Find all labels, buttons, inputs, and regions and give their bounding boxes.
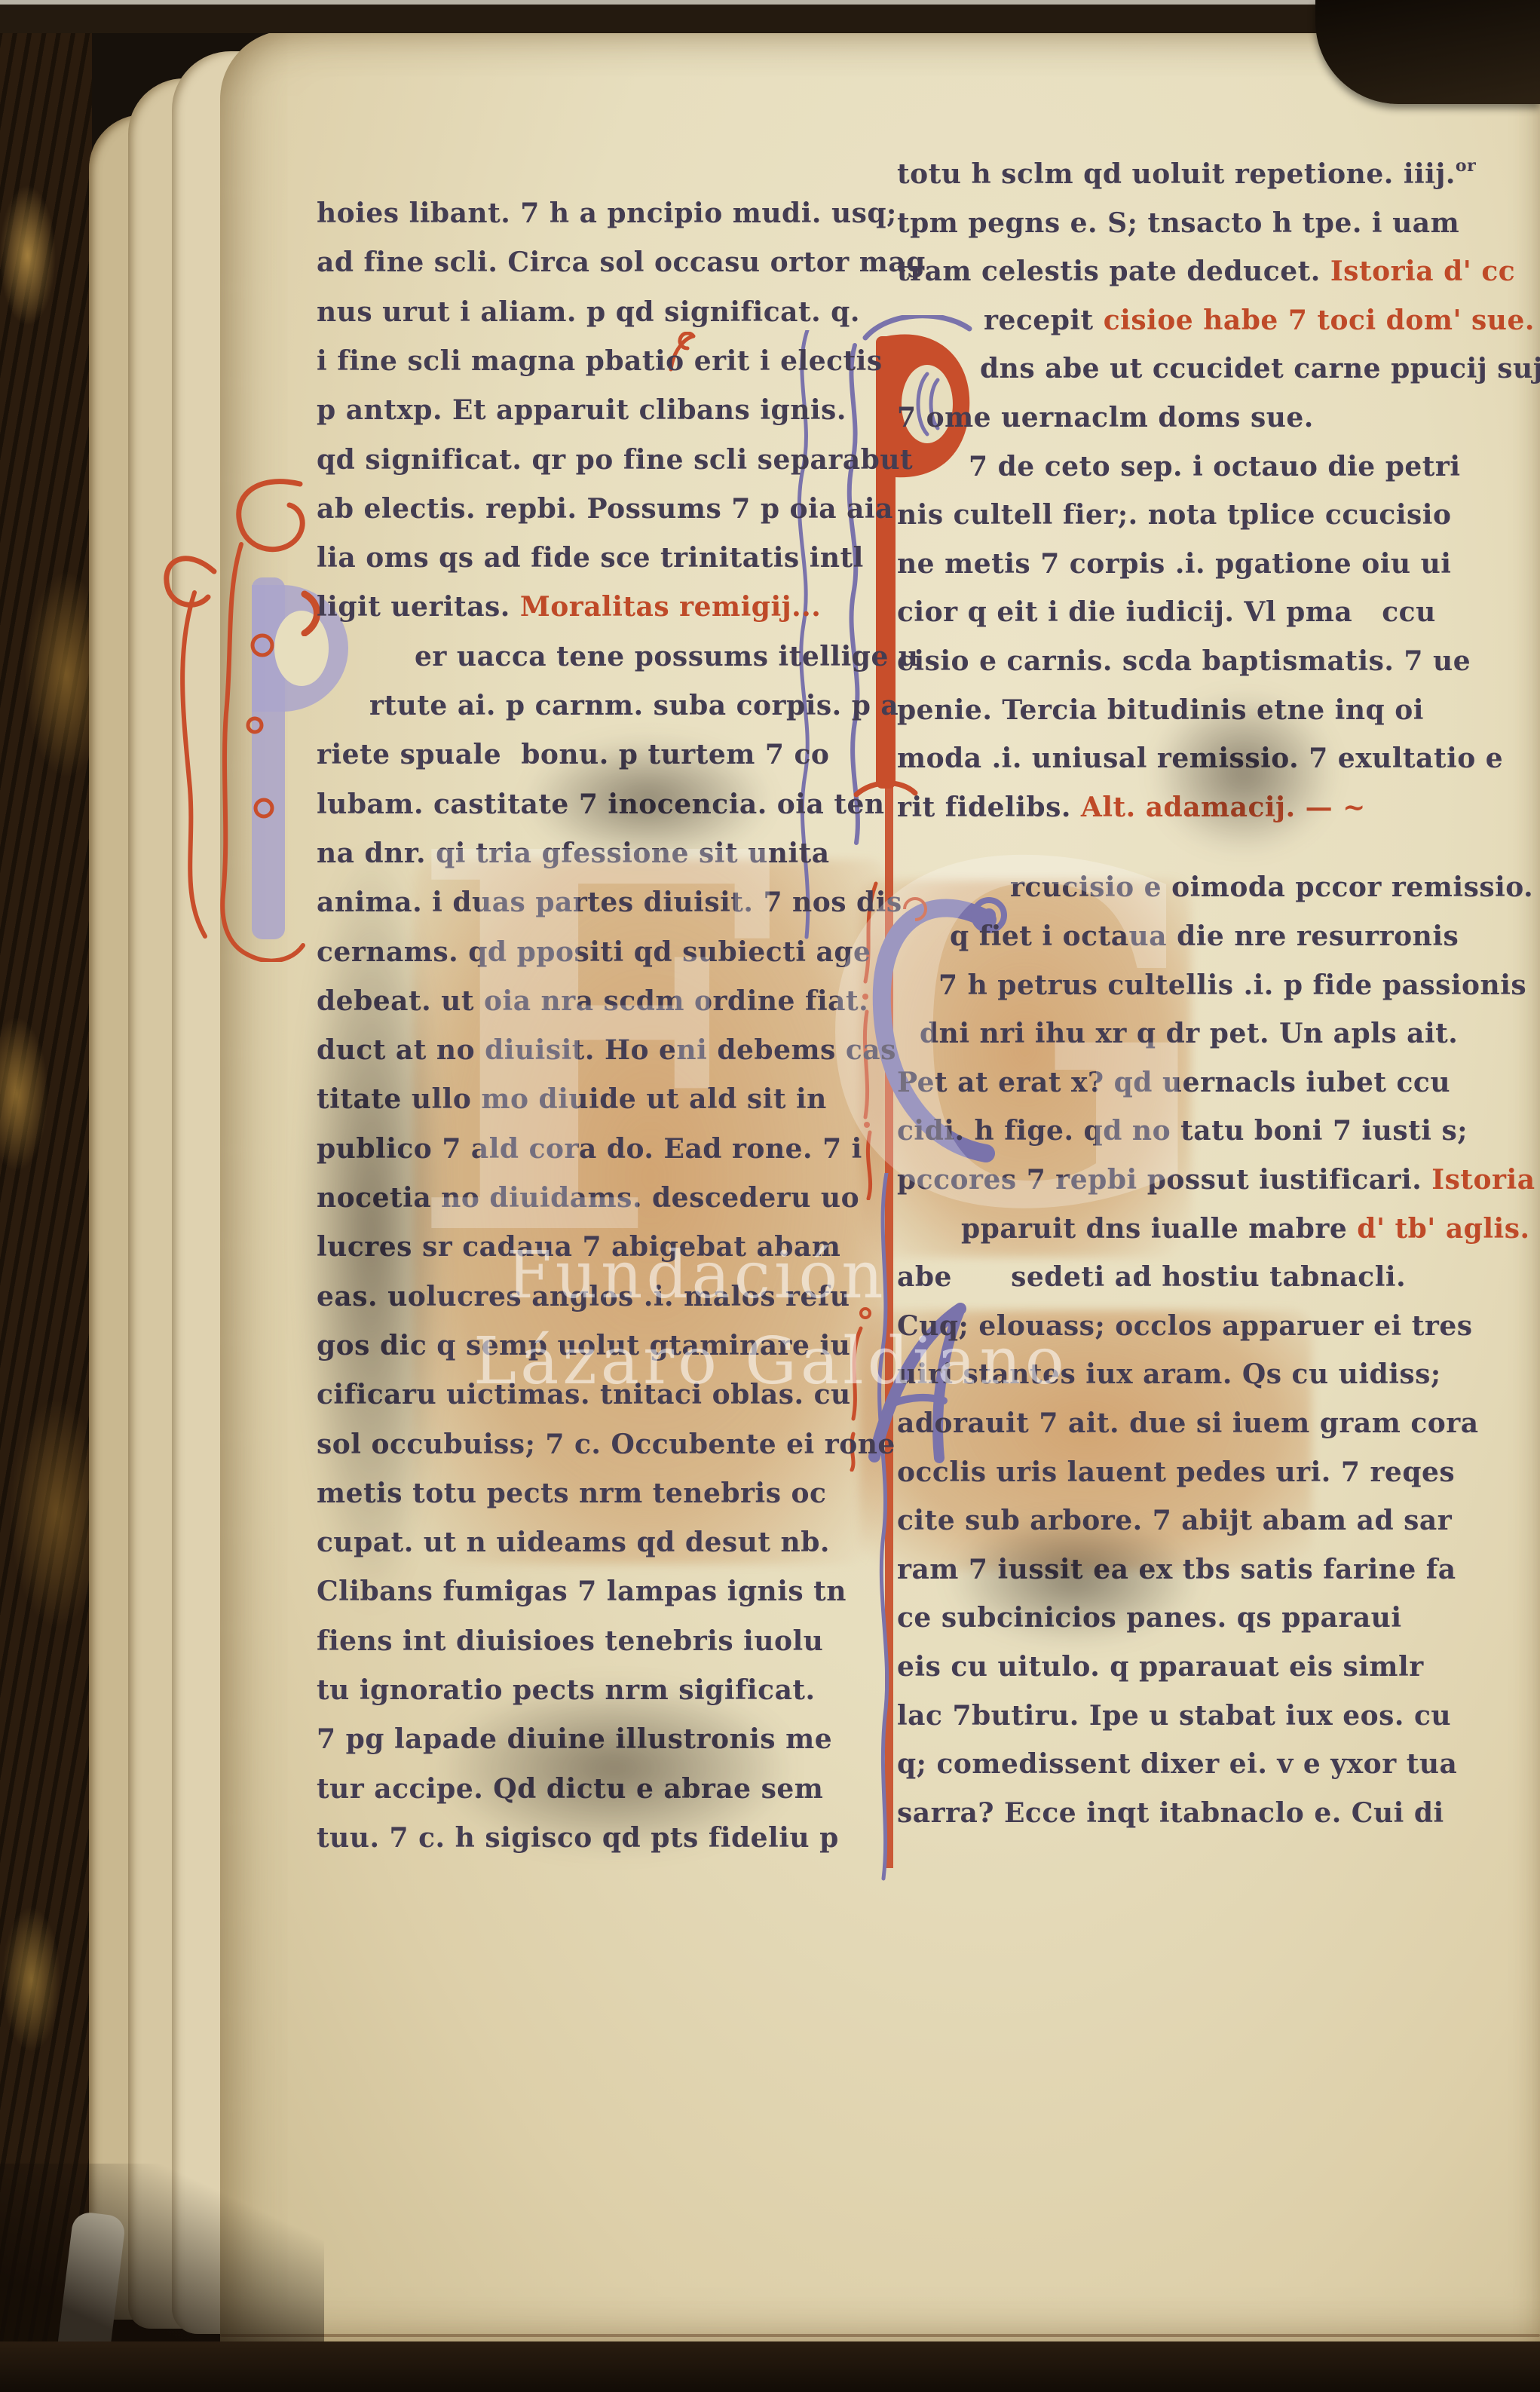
text-line: Pet at erat x? qd uernacls iubet ccu bbox=[897, 1067, 1450, 1098]
text-line: 7 ome uernaclm doms sue. bbox=[897, 402, 1314, 433]
text-line: ram 7 iussit ea ex tbs satis farine fa bbox=[897, 1554, 1456, 1585]
text-line: ligit ueritas. Moralitas remigij... bbox=[317, 591, 821, 623]
text-line: debeat. ut oia nra scdm ordine fiat. bbox=[317, 985, 868, 1017]
text-line: abe sedeti ad hostiu tabnacli. bbox=[897, 1261, 1406, 1293]
text-line: duct at no diuisit. Ho eni debems cas bbox=[317, 1034, 896, 1066]
text-line: ne metis 7 corpis .i. pgatione oiu ui bbox=[897, 548, 1451, 580]
text-line: p antxp. Et apparuit clibans ignis. bbox=[317, 394, 847, 426]
text-line: qd significat. qr po fine scli separabut bbox=[317, 444, 913, 476]
text-line: titate ullo mo diuide ut ald sit in bbox=[317, 1083, 827, 1115]
text-line: q fiet i octaua die nre resurronis bbox=[950, 920, 1459, 952]
text-line: cior q eit i die iudicij. Vl pma ccu bbox=[897, 596, 1436, 628]
text-line: Cuq; elouass; occlos apparuer ei tres bbox=[897, 1310, 1473, 1342]
text-line: dni nri ihu xr q dr pet. Un apls ait. bbox=[920, 1018, 1458, 1049]
text-line: eis cu uitulo. q pparauat eis simlr bbox=[897, 1651, 1424, 1683]
text-line: metis totu pects nrm tenebris oc bbox=[317, 1478, 826, 1509]
text-line: nis cultell fier;. nota tplice ccucisio bbox=[897, 499, 1451, 531]
text-line: 7 pg lapade diuine illustronis me bbox=[317, 1723, 832, 1755]
initial-tail-blue bbox=[870, 1173, 900, 1882]
photo-bottom-edge bbox=[0, 2341, 1540, 2392]
text-line: tpm pegns e. S; tnsacto h tpe. i uam bbox=[897, 207, 1459, 239]
text-line: pparuit dns iualle mabre d' tb' aglis. bbox=[961, 1213, 1530, 1245]
text-line: 7 de ceto sep. i octauo die petri bbox=[969, 451, 1461, 482]
text-line: sarra? Ecce inqt itabnaclo e. Cui di bbox=[897, 1797, 1444, 1829]
manuscript-photo: hoies libant. 7 h a pncipio mudi. usq;ad… bbox=[0, 0, 1540, 2392]
text-line: cificaru uictimas. tnitaci oblas. cu bbox=[317, 1379, 851, 1410]
text-line: totu h sclm qd uoluit repetione. iiij.or bbox=[897, 158, 1476, 190]
text-line: ce subcinicios panes. qs pparaui bbox=[897, 1602, 1402, 1634]
text-line: rit fidelibs. Alt. adamacij. — ~ bbox=[897, 792, 1366, 823]
text-line: lucres sr cadaua 7 abigebat abam bbox=[317, 1231, 840, 1263]
text-line: Clibans fumigas 7 lampas ignis tn bbox=[317, 1576, 847, 1607]
text-line: cupat. ut n uideams qd desut nb. bbox=[317, 1527, 830, 1558]
text-line: tuu. 7 c. h sigisco qd pts fideliu p bbox=[317, 1822, 839, 1854]
text-line: adorauit 7 ait. due si iuem gram cora bbox=[897, 1407, 1479, 1439]
text-line: na dnr. qi tria gfessione sit unita bbox=[317, 838, 830, 869]
text-line: ad fine scli. Circa sol occasu ortor mag bbox=[317, 247, 926, 278]
text-line: fiens int diuisioes tenebris iuolu bbox=[317, 1625, 823, 1657]
text-line: dns abe ut ccucidet carne ppucij suj. bbox=[980, 353, 1540, 384]
text-line: riete spuale bonu. p turtem 7 co bbox=[317, 739, 829, 770]
book-cover-marbled bbox=[0, 23, 92, 2352]
text-line: cite sub arbore. 7 abijt abam ad sar bbox=[897, 1505, 1452, 1536]
photo-top-edge bbox=[0, 0, 1540, 33]
text-line: gos dic q semp uolut gtaminare iu bbox=[317, 1330, 850, 1361]
text-line: lia oms qs ad fide sce trinitatis intl bbox=[317, 542, 864, 574]
text-line: occlis uris lauent pedes uri. 7 reqes bbox=[897, 1456, 1455, 1488]
text-line: tram celestis pate deducet. Istoria d' c… bbox=[897, 256, 1515, 287]
text-line: anima. i duas partes diuisit. 7 nos dis bbox=[317, 887, 902, 918]
text-line: rtute ai. p carnm. suba corpis. p a bbox=[369, 690, 899, 721]
text-line: er uacca tene possums itellige u bbox=[415, 641, 919, 672]
text-line: lubam. castitate 7 inocencia. oia ten bbox=[317, 789, 885, 820]
text-line: penie. Tercia bitudinis etne inq oi bbox=[897, 694, 1424, 726]
text-line: i fine scli magna pbatio erit i electis bbox=[317, 345, 883, 377]
text-line: tur accipe. Qd dictu e abrae sem bbox=[317, 1773, 823, 1805]
text-line: q; comedissent dixer ei. v e yxor tua bbox=[897, 1748, 1457, 1780]
text-line: nus urut i aliam. p qd significat. q. bbox=[317, 296, 860, 328]
text-line: tu ignoratio pects nrm sigificat. bbox=[317, 1674, 816, 1706]
text-line: uiri stantes iux aram. Qs cu uidiss; bbox=[897, 1358, 1441, 1390]
text-line: recepit cisioe habe 7 toci dom' sue. bbox=[984, 305, 1535, 336]
text-line: lac 7butiru. Ipe u stabat iux eos. cu bbox=[897, 1700, 1451, 1732]
text-line: pccores 7 repbi possut iustificari. Isto… bbox=[897, 1164, 1535, 1196]
text-line: publico 7 ald cora do. Ead rone. 7 i bbox=[317, 1133, 862, 1165]
text-line: ab electis. repbi. Possums 7 p oia aia bbox=[317, 493, 893, 525]
text-line: rcucisio e oimoda pccor remissio. bbox=[1010, 871, 1533, 903]
text-line: 7 h petrus cultellis .i. p fide passioni… bbox=[938, 969, 1526, 1001]
text-line: eas. uolucres anglos .i. malos refu bbox=[317, 1281, 850, 1312]
text-line: cidi. h fige. qd no tatu boni 7 iusti s; bbox=[897, 1115, 1468, 1147]
text-line: cernams. qd ppositi qd subiecti age bbox=[317, 936, 871, 968]
text-line: nocetia no diuidams. descederu uo bbox=[317, 1182, 859, 1214]
text-line: hoies libant. 7 h a pncipio mudi. usq; bbox=[317, 198, 897, 229]
text-line: sol occubuiss; 7 c. Occubente ei rone bbox=[317, 1429, 896, 1460]
text-line: moda .i. uniusal remissio. 7 exultatio e bbox=[897, 743, 1503, 774]
text-line: cisio e carnis. scda baptismatis. 7 ue bbox=[897, 645, 1471, 677]
